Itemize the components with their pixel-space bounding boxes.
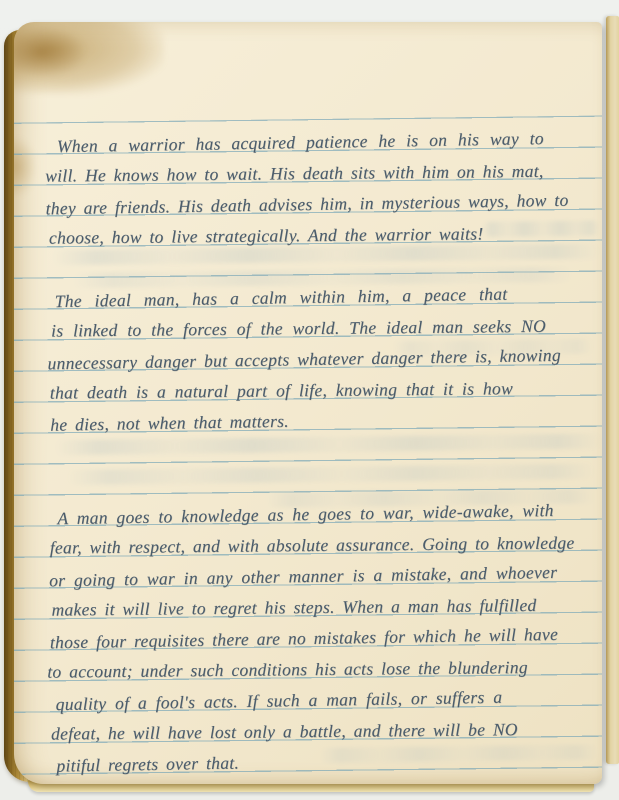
handwritten-line: pitiful regrets over that. xyxy=(56,750,239,779)
handwritten-line: quality of a fool's acts. If such a man … xyxy=(55,684,502,717)
handwritten-line: A man goes to knowledge as he goes to wa… xyxy=(57,497,554,531)
handwritten-line: fear, with respect, and with absolute as… xyxy=(50,530,575,561)
page-content: When a warrior has acquired patience he … xyxy=(14,22,602,784)
handwritten-line: those four requisites there are no mista… xyxy=(50,621,559,655)
handwritten-line: defeat, he will have lost only a battle,… xyxy=(51,716,518,746)
notebook-scan: When a warrior has acquired patience he … xyxy=(0,0,619,800)
paragraph-3: A man goes to knowledge as he goes to wa… xyxy=(14,22,602,784)
handwritten-line: or going to war in any other manner is a… xyxy=(49,559,558,593)
adjacent-page-edge xyxy=(606,16,619,764)
handwritten-line: to account; under such conditions his ac… xyxy=(47,654,528,685)
handwritten-line: makes it will live to regret his steps. … xyxy=(51,592,536,623)
notebook-page: When a warrior has acquired patience he … xyxy=(14,22,602,784)
